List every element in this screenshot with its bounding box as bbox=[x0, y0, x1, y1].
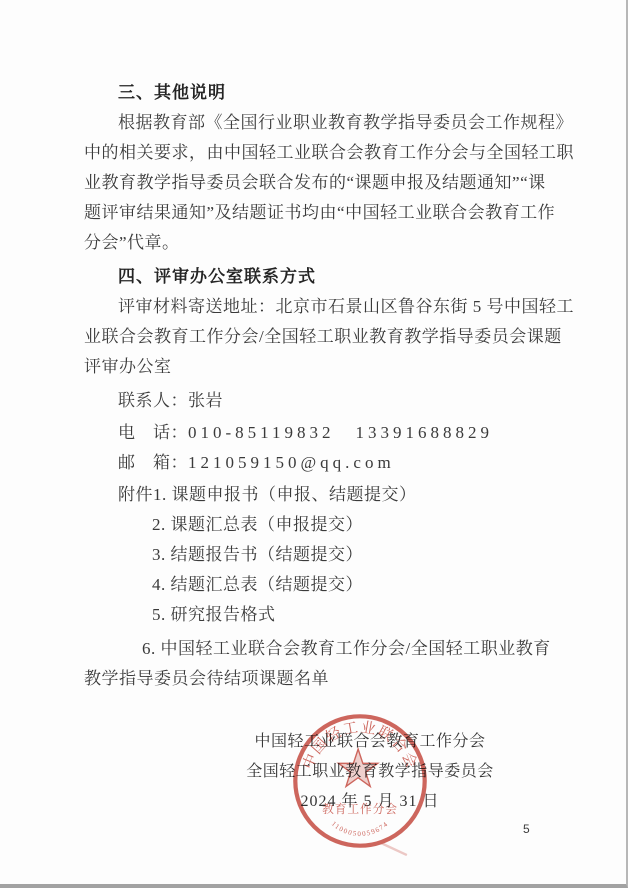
attachment-item: 4. 结题汇总表（结题提交） bbox=[84, 570, 548, 600]
attachment-item-continuation: 教学指导委员会待结项课题名单 bbox=[84, 664, 548, 694]
signature-block: 中国轻工业联合会教育工作分会 全国轻工职业教育教学指导委员会 2024 年 5 … bbox=[240, 727, 500, 817]
section-3-heading: 三、其他说明 bbox=[84, 78, 548, 108]
section-3-line: 根据教育部《全国行业职业教育教学指导委员会工作规程》 bbox=[84, 108, 548, 138]
phone-numbers: 010-85119832 13391688829 bbox=[188, 423, 493, 442]
address-line: 评审办公室 bbox=[84, 352, 548, 382]
attachment-line-1: 附件1. 课题申报书（申报、结题提交） bbox=[84, 480, 548, 510]
section-4-heading: 四、评审办公室联系方式 bbox=[84, 262, 548, 292]
section-3-line: 中的相关要求，由中国轻工业联合会教育工作分会与全国轻工职 bbox=[84, 138, 548, 168]
attachment-item: 5. 研究报告格式 bbox=[84, 600, 548, 630]
seal-serial-number: 1100050059674 bbox=[330, 820, 390, 838]
signature-date: 2024 年 5 月 31 日 bbox=[240, 787, 500, 817]
page-number: 5 bbox=[523, 822, 530, 836]
contact-person-line: 联系人：张岩 bbox=[84, 386, 548, 416]
section-3-line: 题评审结果通知”及结题证书均由“中国轻工业联合会教育工作 bbox=[84, 198, 548, 228]
email-line: 邮 箱：121059150@qq.com bbox=[84, 448, 548, 478]
section-3-line: 业教育教学指导委员会联合发布的“课题申报及结题通知”“课 bbox=[84, 168, 548, 198]
stray-ink-mark bbox=[381, 843, 407, 855]
seal-serial-holder: 1100050059674 bbox=[330, 820, 390, 838]
scanned-document-page: 三、其他说明 根据教育部《全国行业职业教育教学指导委员会工作规程》 中的相关要求… bbox=[0, 0, 628, 888]
attachment-item: 6. 中国轻工业联合会教育工作分会/全国轻工职业教育 bbox=[84, 634, 548, 664]
phone-label: 电 话： bbox=[118, 423, 188, 442]
attachment-item: 2. 课题汇总表（申报提交） bbox=[84, 510, 548, 540]
address-line: 评审材料寄送地址：北京市石景山区鲁谷东街 5 号中国轻工 bbox=[84, 292, 548, 322]
phone-line: 电 话：010-85119832 13391688829 bbox=[84, 418, 548, 448]
signature-org-1: 中国轻工业联合会教育工作分会 bbox=[240, 727, 500, 757]
attachment-item: 3. 结题报告书（结题提交） bbox=[84, 540, 548, 570]
email-label: 邮 箱： bbox=[118, 453, 188, 472]
email-address: 121059150@qq.com bbox=[188, 453, 395, 472]
attachment-item: 1. 课题申报书（申报、结题提交） bbox=[153, 485, 417, 504]
signature-org-2: 全国轻工职业教育教学指导委员会 bbox=[240, 757, 500, 787]
section-3-line: 分会”代章。 bbox=[84, 228, 548, 258]
address-line: 业联合会教育工作分会/全国轻工职业教育教学指导委员会课题 bbox=[84, 322, 548, 352]
attachments-label: 附件 bbox=[118, 485, 153, 504]
document-body: 三、其他说明 根据教育部《全国行业职业教育教学指导委员会工作规程》 中的相关要求… bbox=[0, 0, 626, 817]
